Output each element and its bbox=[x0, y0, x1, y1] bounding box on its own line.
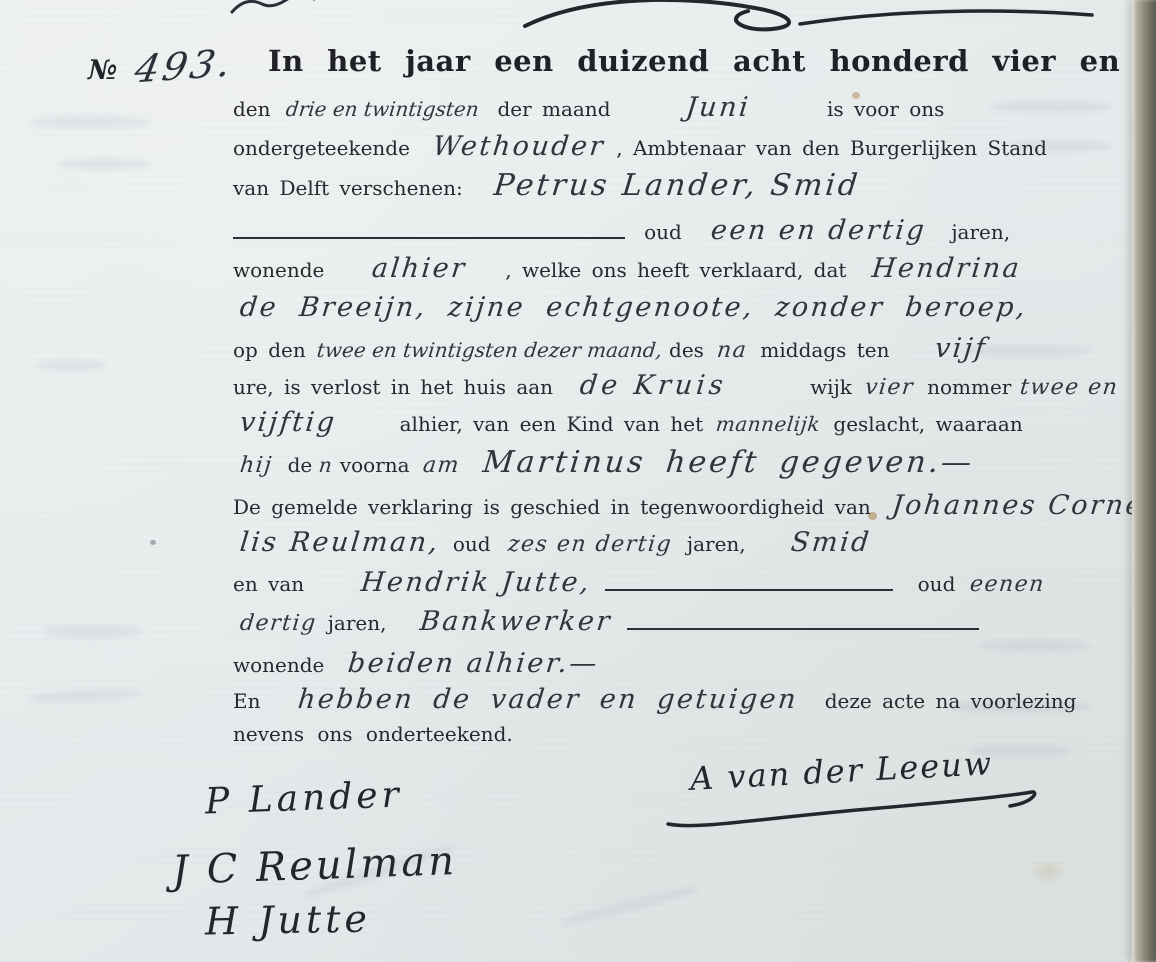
printed-text: , Ambtenaar van den Burgerlijken Stand bbox=[616, 136, 1047, 160]
act-number-block: № 493. bbox=[88, 44, 233, 88]
handwritten-text: Wethouder bbox=[431, 131, 606, 162]
handwritten-text: lis Reulman, bbox=[238, 527, 441, 558]
printed-text: nommer bbox=[927, 375, 1011, 399]
handwritten-text: am bbox=[421, 453, 461, 478]
handwritten-text: Hendrina bbox=[870, 253, 1022, 284]
bleedthrough-mark bbox=[980, 640, 1090, 652]
blank-line-rule bbox=[627, 614, 979, 630]
handwritten-text: Petrus Lander, Smid bbox=[492, 168, 862, 203]
act-line-day: den drie en twintigsten der maand Juni i… bbox=[233, 92, 944, 123]
handwritten-text: hebben de vader en getuigen bbox=[296, 684, 799, 715]
act-line-closing2: nevens ons onderteekend. bbox=[233, 722, 513, 746]
handwritten-text: de Kruis bbox=[579, 370, 729, 401]
printed-text: wijk bbox=[810, 375, 852, 399]
signature-witness1: J C Reulman bbox=[171, 838, 457, 894]
handwritten-text: mannelijk bbox=[715, 412, 822, 436]
printed-text: oud bbox=[644, 220, 682, 244]
act-line-official: ondergeteekende Wethouder , Ambtenaar va… bbox=[233, 131, 1047, 162]
handwritten-text: na bbox=[716, 338, 749, 363]
signature-witness2: H Jutte bbox=[205, 897, 372, 944]
act-line-childname: hij de n voorna am Martinus heeft gegeve… bbox=[240, 445, 974, 480]
handwritten-text: Smid bbox=[789, 527, 872, 558]
act-line-witness2-age: dertig jaren, Bankwerker bbox=[240, 606, 979, 637]
printed-text: voorna bbox=[340, 453, 410, 477]
printed-text: , welke ons heeft verklaard, dat bbox=[505, 258, 846, 282]
printed-text: nevens ons onderteekend. bbox=[233, 722, 513, 746]
printed-text: wonende bbox=[233, 653, 324, 677]
act-line-year: In het jaar een duizend acht honderd vie… bbox=[268, 44, 1156, 78]
blank-line-rule bbox=[605, 575, 893, 591]
handwritten-text: Hendrik Jutte, bbox=[360, 567, 593, 598]
handwritten-text: dertig bbox=[239, 611, 318, 636]
printed-text: jaren, bbox=[328, 611, 387, 635]
handwritten-text: twee en twintigsten dezer maand, bbox=[316, 338, 664, 362]
act-line-witness1: lis Reulman, oud zes en dertig jaren, Sm… bbox=[240, 527, 871, 558]
bleedthrough-mark bbox=[561, 883, 700, 928]
act-line-witness2: en van Hendrik Jutte, oud eenen bbox=[233, 567, 1045, 598]
printed-text: jaren, bbox=[687, 532, 746, 556]
handwritten-text: hij bbox=[239, 453, 274, 478]
no-symbol: № bbox=[88, 55, 117, 86]
printed-text: alhier, van een Kind van het bbox=[400, 412, 703, 436]
printed-text: en van bbox=[233, 572, 304, 596]
act-line-witness-intro: De gemelde verklaring is geschied in teg… bbox=[233, 490, 1144, 521]
handwritten-text: Martinus heeft gegeven.— bbox=[481, 445, 976, 480]
handwritten-text: Johannes Corne bbox=[890, 490, 1145, 521]
page-binding-edge bbox=[1132, 0, 1156, 962]
blank-line-rule bbox=[233, 223, 625, 239]
handwritten-text: vijftig bbox=[238, 407, 338, 438]
act-line-birthdate: op den twee en twintigsten dezer maand, … bbox=[233, 333, 987, 364]
printed-text: is voor ons bbox=[827, 97, 945, 121]
handwritten-text: beiden alhier.— bbox=[346, 648, 600, 679]
printed-text: geslacht, waaraan bbox=[833, 412, 1022, 436]
act-line-declarant: van Delft verschenen: Petrus Lander, Smi… bbox=[233, 168, 860, 203]
printed-text: oud bbox=[918, 572, 956, 596]
printed-text: des bbox=[669, 338, 704, 362]
printed-text: middags ten bbox=[760, 338, 889, 362]
handwritten-text: twee en bbox=[1019, 375, 1120, 400]
bleedthrough-mark bbox=[35, 360, 105, 371]
act-number: 493. bbox=[132, 41, 238, 92]
act-line-closing: En hebben de vader en getuigen deze acte… bbox=[233, 684, 1076, 715]
handwritten-text: de Breeijn, zijne echtgenoote, zonder be… bbox=[238, 292, 1028, 323]
handwritten-text: eenen bbox=[969, 572, 1047, 597]
printed-text: de bbox=[288, 453, 313, 477]
handwritten-text: een en dertig bbox=[709, 215, 928, 246]
printed-text: van Delft verschenen: bbox=[233, 176, 463, 200]
handwritten-text: alhier bbox=[370, 253, 468, 284]
printed-text: En bbox=[233, 689, 260, 713]
act-line-age: oud een en dertig jaren, bbox=[233, 215, 1010, 246]
printed-text: ure, is verlost in het huis aan bbox=[233, 375, 553, 399]
printed-text: wonende bbox=[233, 258, 324, 282]
printed-text: op den bbox=[233, 338, 306, 362]
signature-declarant: P Lander bbox=[204, 775, 403, 823]
handwritten-text: vier bbox=[864, 375, 916, 400]
printed-text: deze acte na voorlezing bbox=[825, 689, 1077, 713]
printed-text: oud bbox=[453, 532, 491, 556]
signature-official-flourish bbox=[0, 790, 1156, 850]
printed-text: De gemelde verklaring is geschied in teg… bbox=[233, 495, 871, 519]
bleedthrough-mark bbox=[30, 115, 150, 129]
act-line-witnesses-residence: wonende beiden alhier.— bbox=[233, 648, 598, 679]
bleedthrough-mark bbox=[45, 625, 140, 638]
paper-stain bbox=[1028, 858, 1068, 884]
act-line-birthplace: ure, is verlost in het huis aan de Kruis… bbox=[233, 370, 1119, 401]
printed-text: ondergeteekende bbox=[233, 136, 410, 160]
ink-speck bbox=[150, 540, 156, 545]
handwritten-text: zes en dertig bbox=[506, 532, 673, 557]
printed-text: jaren, bbox=[951, 220, 1010, 244]
act-line-mother: de Breeijn, zijne echtgenoote, zonder be… bbox=[240, 292, 1027, 323]
handwritten-text: Juni bbox=[684, 92, 752, 123]
act-line-house-number: vijftig alhier, van een Kind van het man… bbox=[240, 407, 1023, 438]
act-line-residence: wonende alhier , welke ons heeft verklaa… bbox=[233, 253, 1021, 284]
handwritten-text: vijf bbox=[933, 333, 989, 364]
bleedthrough-mark bbox=[60, 158, 150, 170]
printed-text: den bbox=[233, 97, 271, 121]
previous-entry-flourish bbox=[0, 0, 1156, 50]
handwritten-text: Bankwerker bbox=[418, 606, 613, 637]
birth-certificate-scan: { "act": { "no_symbol": "№", "no_value":… bbox=[0, 0, 1156, 962]
bleedthrough-mark bbox=[30, 687, 140, 705]
handwritten-text: n bbox=[318, 453, 334, 477]
bleedthrough-mark bbox=[990, 100, 1110, 113]
handwritten-text: drie en twintigsten bbox=[284, 97, 479, 121]
printed-text: der maand bbox=[497, 97, 610, 121]
printed-text: In het jaar een duizend acht honderd vie… bbox=[268, 44, 1156, 78]
